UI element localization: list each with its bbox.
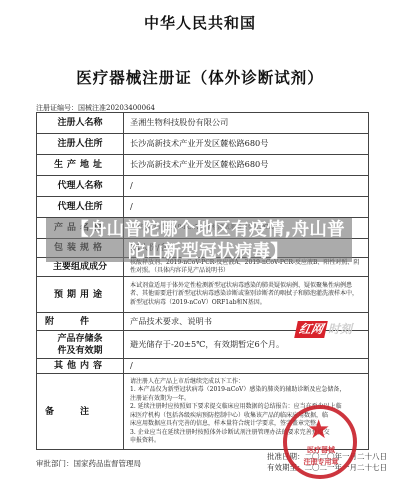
row-value: 长沙高新技术产业开发区麓松路680号 <box>124 134 369 155</box>
headline-overlay-text: 【舟山普陀哪个地区有疫情,舟山普陀山新型冠状病毒】 <box>68 219 348 263</box>
row-label-line: 件及有效期 <box>43 345 117 357</box>
table-row: 生产地址 长沙高新技术产业开发区麓松路680号 <box>37 155 369 176</box>
certificate-table: 注册人名称 圣湘生物科技股份有限公司 注册人住所 长沙高新技术产业开发区麓松路6… <box>36 112 369 450</box>
table-row: 注册人名称 圣湘生物科技股份有限公司 <box>37 113 369 134</box>
table-row: 注册人住所 长沙高新技术产业开发区麓松路680号 <box>37 134 369 155</box>
table-row: 代理人名称 / <box>37 176 369 197</box>
row-label: 代理人住所 <box>37 197 124 218</box>
row-label: 附件 <box>37 313 124 331</box>
remark-line: 1. 本产品仅为新型冠状病毒（2019-nCoV）感染的肺炎的辅助诊断及应急储备… <box>130 386 362 395</box>
row-label: 注册人住所 <box>37 134 124 155</box>
row-label-line: 产品存储条 <box>43 333 117 345</box>
row-value: / <box>124 197 369 218</box>
approving-department: 审批部门：国家药品监督管理局 <box>36 458 141 469</box>
certificate-title: 医疗器械注册证（体外诊断试剂） <box>0 66 400 88</box>
row-value: 长沙高新技术产业开发区麓松路680号 <box>124 155 369 176</box>
seal-text-line1: 医疗器械 <box>293 445 349 455</box>
watermark-brand-red: 红网 <box>294 321 328 338</box>
remark-line: 请注册人在产品上市后继续完成以下工作： <box>130 378 362 387</box>
row-label: 生产地址 <box>37 155 124 176</box>
row-label: 产品存储条 件及有效期 <box>37 331 124 359</box>
watermark-brand-gray: 时刻 <box>328 321 352 338</box>
table-row: 预期用途 本试剂盒适用于体外定性检测新型冠状病毒感染的肺炎疑似病例、疑似聚集性病… <box>37 277 369 313</box>
official-seal: ★ 医疗器械 注册专用章 <box>283 405 357 479</box>
row-label: 注册人名称 <box>37 113 124 134</box>
seal-text-line2: 注册专用章 <box>293 457 349 467</box>
row-value: 圣湘生物科技股份有限公司 <box>124 113 369 134</box>
row-label: 预期用途 <box>37 277 124 313</box>
table-row: 代理人住所 / <box>37 197 369 218</box>
watermark-logo: 红网时刻 <box>296 318 368 335</box>
row-label: 代理人名称 <box>37 176 124 197</box>
remark-line: 注册证有效期为一年。 <box>130 395 362 404</box>
star-icon: ★ <box>307 417 330 443</box>
table-row: 其他内容 / <box>37 359 369 374</box>
row-value: / <box>124 359 369 374</box>
country-heading: 中华人民共和国 <box>0 12 400 33</box>
row-value: / <box>124 176 369 197</box>
row-label: 备注 <box>37 374 124 450</box>
row-value: 本试剂盒适用于体外定性检测新型冠状病毒感染的肺炎疑似病例、疑似聚集性病例患者、其… <box>124 277 369 313</box>
row-label: 其他内容 <box>37 359 124 374</box>
